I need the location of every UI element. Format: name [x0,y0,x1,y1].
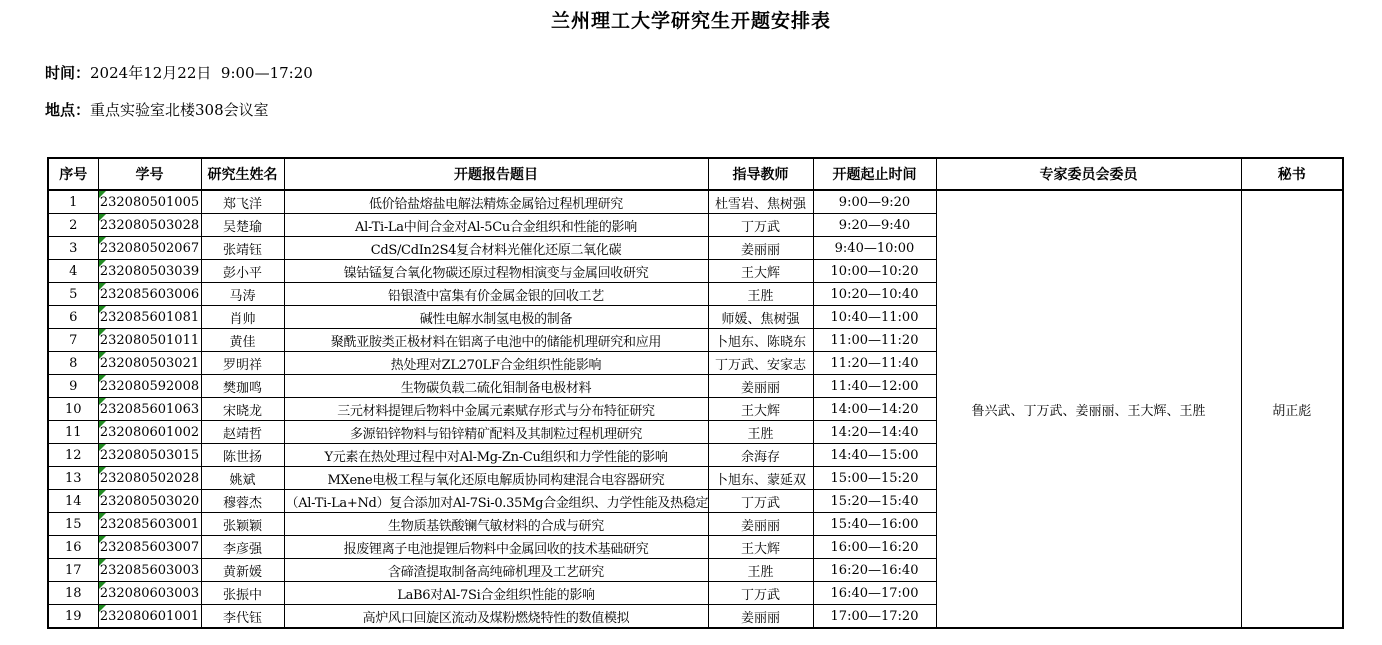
time-cell: 9:40—10:00 [813,237,936,260]
title-cell: 碱性电解水制氢电极的制备 [284,306,708,329]
advisor-cell: 师媛、焦树强 [708,306,813,329]
name-cell: 穆蓉杰 [201,490,284,513]
index-cell: 19 [48,605,98,629]
advisor-cell: 姜丽丽 [708,375,813,398]
id-cell: 232085601063 [98,398,201,421]
id-cell: 232080603003 [98,582,201,605]
advisor-cell: 王大辉 [708,398,813,421]
cell-comment-triangle-icon [99,191,106,198]
cell-comment-triangle-icon [99,490,106,497]
title-cell: 高炉风口回旋区流动及煤粉燃烧特性的数值模拟 [284,605,708,629]
cell-comment-triangle-icon [99,329,106,336]
id-cell: 232080503039 [98,260,201,283]
cell-comment-triangle-icon [99,306,106,313]
name-cell: 罗明祥 [201,352,284,375]
time-cell: 14:40—15:00 [813,444,936,467]
column-header-time: 开题起止时间 [813,158,936,190]
advisor-cell: 姜丽丽 [708,605,813,629]
time-cell: 11:20—11:40 [813,352,936,375]
schedule-table: 序号学号研究生姓名开题报告题目指导教师开题起止时间专家委员会委员秘书 12320… [47,157,1344,629]
time-cell: 10:00—10:20 [813,260,936,283]
cell-comment-triangle-icon [99,283,106,290]
id-cell: 232085601081 [98,306,201,329]
title-cell: 低价铪盐熔盐电解法精炼金属铪过程机理研究 [284,190,708,214]
name-cell: 姚斌 [201,467,284,490]
id-cell: 232080501005 [98,190,201,214]
cell-comment-triangle-icon [99,605,106,612]
time-cell: 14:20—14:40 [813,421,936,444]
title-cell: 含碲渣提取制备高纯碲机理及工艺研究 [284,559,708,582]
advisor-cell: 姜丽丽 [708,513,813,536]
advisor-cell: 王胜 [708,559,813,582]
time-cell: 15:00—15:20 [813,467,936,490]
id-cell: 232080503015 [98,444,201,467]
advisor-cell: 王胜 [708,283,813,306]
name-cell: 赵靖哲 [201,421,284,444]
title-cell: 铅银渣中富集有价金属金银的回收工艺 [284,283,708,306]
name-cell: 张振中 [201,582,284,605]
name-cell: 樊珈鸣 [201,375,284,398]
advisor-cell: 丁万武 [708,490,813,513]
cell-comment-triangle-icon [99,467,106,474]
time-cell: 15:20—15:40 [813,490,936,513]
advisor-cell: 姜丽丽 [708,237,813,260]
id-cell: 232085603001 [98,513,201,536]
name-cell: 张靖钰 [201,237,284,260]
advisor-cell: 卜旭东、蒙延双 [708,467,813,490]
time-cell: 14:00—14:20 [813,398,936,421]
column-header-secretary: 秘书 [1241,158,1343,190]
location-line: 地点：重点实验室北楼308会议室 [45,99,269,120]
advisor-cell: 卜旭东、陈晓东 [708,329,813,352]
name-cell: 李代钰 [201,605,284,629]
id-cell: 232085603006 [98,283,201,306]
index-cell: 16 [48,536,98,559]
index-cell: 2 [48,214,98,237]
id-cell: 232080501011 [98,329,201,352]
index-cell: 13 [48,467,98,490]
title-cell: 报废锂离子电池提锂后物料中金属回收的技术基础研究 [284,536,708,559]
advisor-cell: 丁万武、安家志 [708,352,813,375]
title-cell: 生物碳负载二硫化钼制备电极材料 [284,375,708,398]
cell-comment-triangle-icon [99,582,106,589]
name-cell: 彭小平 [201,260,284,283]
time-cell: 11:40—12:00 [813,375,936,398]
title-cell: 热处理对ZL270LF合金组织性能影响 [284,352,708,375]
advisor-cell: 王大辉 [708,536,813,559]
name-cell: 马涛 [201,283,284,306]
index-cell: 7 [48,329,98,352]
title-cell: 镍钴锰复合氧化物碳还原过程物相演变与金属回收研究 [284,260,708,283]
time-cell: 10:20—10:40 [813,283,936,306]
id-cell: 232085603007 [98,536,201,559]
advisor-cell: 王大辉 [708,260,813,283]
column-header-name: 研究生姓名 [201,158,284,190]
title-cell: 多源铅锌物料与铅锌精矿配料及其制粒过程机理研究 [284,421,708,444]
name-cell: 李彦强 [201,536,284,559]
time-cell: 16:40—17:00 [813,582,936,605]
cell-comment-triangle-icon [99,513,106,520]
id-cell: 232080502067 [98,237,201,260]
name-cell: 黄佳 [201,329,284,352]
title-cell: MXene电极工程与氧化还原电解质协同构建混合电容器研究 [284,467,708,490]
time-cell: 16:20—16:40 [813,559,936,582]
table-header-row: 序号学号研究生姓名开题报告题目指导教师开题起止时间专家委员会委员秘书 [48,158,1343,190]
id-cell: 232080592008 [98,375,201,398]
advisor-cell: 杜雪岩、焦树强 [708,190,813,214]
cell-comment-triangle-icon [99,421,106,428]
cell-comment-triangle-icon [99,375,106,382]
title-cell: 聚酰亚胺类正极材料在铝离子电池中的储能机理研究和应用 [284,329,708,352]
title-cell: LaB6对Al-7Si合金组织性能的影响 [284,582,708,605]
index-cell: 18 [48,582,98,605]
id-cell: 232080503028 [98,214,201,237]
time-cell: 11:00—11:20 [813,329,936,352]
page-title: 兰州理工大学研究生开题安排表 [0,6,1382,33]
index-cell: 17 [48,559,98,582]
committee-cell: 鲁兴武、丁万武、姜丽丽、王大辉、王胜 [936,190,1241,628]
name-cell: 肖帅 [201,306,284,329]
cell-comment-triangle-icon [99,536,106,543]
table-row: 1232080501005郑飞洋低价铪盐熔盐电解法精炼金属铪过程机理研究杜雪岩、… [48,190,1343,214]
advisor-cell: 丁万武 [708,214,813,237]
time-cell: 15:40—16:00 [813,513,936,536]
index-cell: 6 [48,306,98,329]
time-cell: 16:00—16:20 [813,536,936,559]
index-cell: 15 [48,513,98,536]
time-cell: 9:00—9:20 [813,190,936,214]
index-cell: 11 [48,421,98,444]
index-cell: 10 [48,398,98,421]
name-cell: 宋晓龙 [201,398,284,421]
cell-comment-triangle-icon [99,214,106,221]
advisor-cell: 余海存 [708,444,813,467]
cell-comment-triangle-icon [99,237,106,244]
index-cell: 9 [48,375,98,398]
location-label: 地点： [45,101,90,119]
index-cell: 4 [48,260,98,283]
name-cell: 张颖颖 [201,513,284,536]
column-header-committee: 专家委员会委员 [936,158,1241,190]
id-cell: 232080502028 [98,467,201,490]
time-cell: 9:20—9:40 [813,214,936,237]
cell-comment-triangle-icon [99,398,106,405]
time-value: 2024年12月22日 9:00—17:20 [90,64,313,82]
id-cell: 232085603003 [98,559,201,582]
column-header-topic: 开题报告题目 [284,158,708,190]
name-cell: 吴楚瑜 [201,214,284,237]
cell-comment-triangle-icon [99,559,106,566]
advisor-cell: 王胜 [708,421,813,444]
title-cell: Al-Ti-La中间合金对Al-5Cu合金组织和性能的影响 [284,214,708,237]
index-cell: 14 [48,490,98,513]
column-header-advisor: 指导教师 [708,158,813,190]
id-cell: 232080503020 [98,490,201,513]
index-cell: 1 [48,190,98,214]
time-line: 时间：2024年12月22日 9:00—17:20 [45,62,313,83]
column-header-student-id: 学号 [98,158,201,190]
column-header-no: 序号 [48,158,98,190]
index-cell: 5 [48,283,98,306]
title-cell: 生物质基铁酸镧气敏材料的合成与研究 [284,513,708,536]
time-cell: 10:40—11:00 [813,306,936,329]
cell-comment-triangle-icon [99,444,106,451]
secretary-cell: 胡正彪 [1241,190,1343,628]
title-cell: （Al-Ti-La+Nd）复合添加对Al-7Si-0.35Mg合金组织、力学性能… [284,490,708,513]
cell-comment-triangle-icon [99,260,106,267]
title-cell: CdS/CdIn2S4复合材料光催化还原二氧化碳 [284,237,708,260]
id-cell: 232080601002 [98,421,201,444]
advisor-cell: 丁万武 [708,582,813,605]
id-cell: 232080601001 [98,605,201,629]
index-cell: 3 [48,237,98,260]
index-cell: 12 [48,444,98,467]
title-cell: Y元素在热处理过程中对Al-Mg-Zn-Cu组织和力学性能的影响 [284,444,708,467]
title-cell: 三元材料提锂后物料中金属元素赋存形式与分布特征研究 [284,398,708,421]
time-label: 时间： [45,64,90,82]
name-cell: 郑飞洋 [201,190,284,214]
location-value: 重点实验室北楼308会议室 [90,101,269,119]
id-cell: 232080503021 [98,352,201,375]
name-cell: 陈世扬 [201,444,284,467]
cell-comment-triangle-icon [99,352,106,359]
name-cell: 黄新媛 [201,559,284,582]
time-cell: 17:00—17:20 [813,605,936,629]
index-cell: 8 [48,352,98,375]
